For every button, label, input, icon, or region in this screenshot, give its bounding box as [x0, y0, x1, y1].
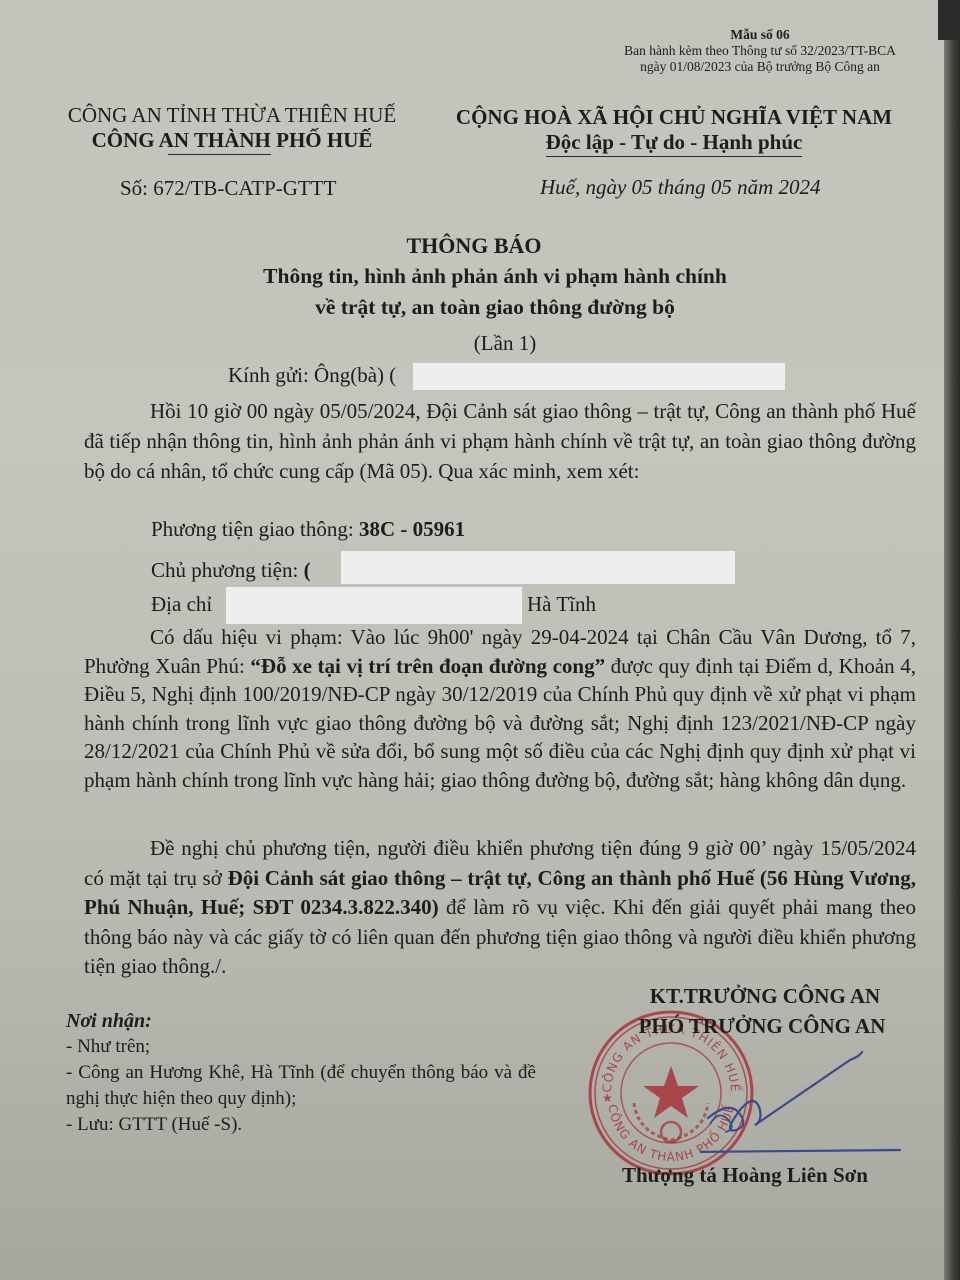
- intro-paragraph: Hồi 10 giờ 00 ngày 05/05/2024, Đội Cảnh …: [84, 396, 916, 486]
- greeting-label: Kính gửi: Ông(bà) (: [228, 363, 396, 388]
- owner-label: Chủ phương tiện:: [151, 558, 304, 582]
- document-subtitle-line1: Thông tin, hình ảnh phản ánh vi phạm hàn…: [0, 264, 960, 289]
- agency-name: CÔNG AN THÀNH PHỐ HUẾ: [54, 128, 410, 153]
- form-issued-by-line1: Ban hành kèm theo Thông tư số 32/2023/TT…: [560, 43, 960, 59]
- form-number: Mẫu số 06: [560, 27, 960, 43]
- recipient-item: - Công an Hương Khê, Hà Tĩnh (để chuyển …: [66, 1060, 536, 1112]
- signature-title-line2: PHÓ TRƯỞNG CÔNG AN: [612, 1014, 912, 1039]
- owner-redaction: [341, 551, 735, 584]
- recipients-heading: Nơi nhận:: [66, 1008, 536, 1034]
- paper-edge-shadow: [944, 0, 960, 1280]
- signer-name: Thượng tá Hoàng Liên Sơn: [622, 1163, 868, 1188]
- parent-agency: CÔNG AN TỈNH THỪA THIÊN HUẾ: [54, 103, 410, 128]
- nation-title: CỘNG HOÀ XÃ HỘI CHỦ NGHĨA VIỆT NAM: [446, 105, 902, 130]
- signature-icon: [700, 1030, 930, 1170]
- signature-title-line1: KT.TRƯỞNG CÔNG AN: [620, 984, 910, 1009]
- form-issued-by-line2: ngày 01/08/2023 của Bộ trưởng Bộ Công an: [560, 59, 960, 75]
- address-redaction: [226, 587, 522, 624]
- address-line: Địa chỉ: [151, 592, 212, 617]
- recipient-item: - Lưu: GTTT (Huế -S).: [66, 1112, 536, 1138]
- request-paragraph: Đề nghị chủ phương tiện, người điều khiể…: [84, 834, 916, 982]
- owner-initial: (: [304, 558, 311, 582]
- svg-text:★: ★: [602, 1091, 613, 1105]
- national-motto: Độc lập - Tự do - Hạnh phúc: [446, 130, 902, 155]
- address-province: Hà Tĩnh: [527, 592, 596, 617]
- vehicle-label: Phương tiện giao thông:: [151, 517, 359, 541]
- document-title: THÔNG BÁO: [0, 233, 948, 259]
- place-and-date: Huế, ngày 05 tháng 05 năm 2024: [540, 175, 821, 200]
- document-subtitle-line2: về trật tự, an toàn giao thông đường bộ: [0, 295, 960, 320]
- recipient-redaction: [413, 363, 785, 390]
- recipient-item: - Như trên;: [66, 1034, 536, 1060]
- form-reference: Mẫu số 06 Ban hành kèm theo Thông tư số …: [560, 27, 960, 75]
- vehicle-line: Phương tiện giao thông: 38C - 05961: [151, 517, 465, 542]
- violation-paragraph: Có dấu hiệu vi phạm: Vào lúc 9h00' ngày …: [84, 623, 916, 794]
- license-plate: 38C - 05961: [359, 517, 465, 541]
- address-label: Địa chỉ: [151, 592, 212, 616]
- recipients-block: Nơi nhận: - Như trên; - Công an Hương Kh…: [66, 1008, 536, 1138]
- document-number: Số: 672/TB-CATP-GTTT: [120, 176, 336, 201]
- notice-round: (Lần 1): [0, 331, 960, 356]
- violation-behavior: “Đỗ xe tại vị trí trên đoạn đường cong”: [250, 654, 605, 678]
- motto-text: Độc lập - Tự do - Hạnh phúc: [546, 130, 803, 157]
- agency-underline: [168, 154, 271, 155]
- owner-line: Chủ phương tiện: (: [151, 558, 311, 583]
